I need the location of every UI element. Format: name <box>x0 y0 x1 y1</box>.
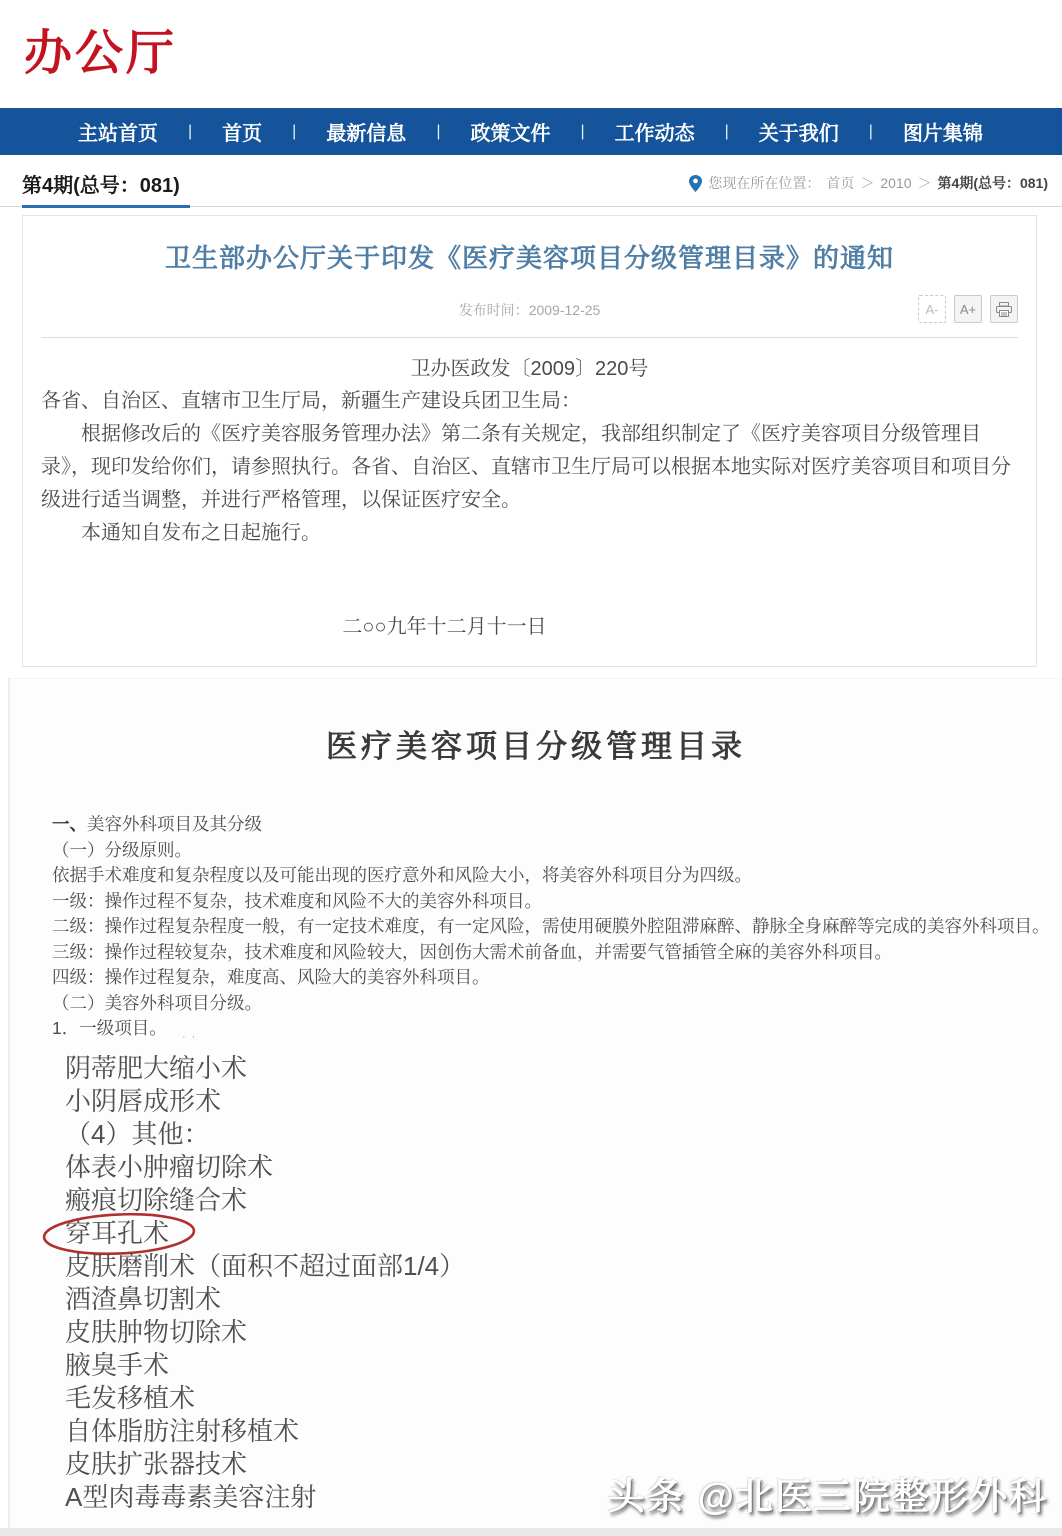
notice-date-line: 二○○九年十二月十一日 <box>23 610 866 639</box>
notice-body: 各省、自治区、直辖市卫生厅局，新疆生产建设兵团卫生局： 根据修改后的《医疗美容服… <box>23 381 1036 550</box>
issue-tab-underline <box>22 205 190 208</box>
nav-item-photo-gallery[interactable]: 图片集锦 <box>873 117 1013 146</box>
printer-icon <box>996 302 1012 317</box>
breadcrumb-current: 第4期(总号：081) <box>938 173 1048 193</box>
issue-row: 第4期(总号：081) 您现在所在位置： 首页 ＞ 2010 ＞ 第4期(总号：… <box>0 155 1062 207</box>
article-title: 卫生部办公厅关于印发《医疗美容项目分级管理目录》的通知 <box>23 238 1036 275</box>
notice-paragraph: 根据修改后的《医疗美容服务管理办法》第二条有关规定，我部组织制定了《医疗美容项目… <box>41 418 1018 517</box>
catalog-principle: 二级：操作过程复杂程度一般，有一定技术难度，有一定风险，需使用硬膜外腔阻滞麻醉、… <box>52 914 1062 940</box>
list-item: 体表小肿瘤切除术 <box>65 1151 1062 1184</box>
site-logo: 办公厅 <box>24 14 177 83</box>
nav-item-work-updates[interactable]: 工作动态 <box>585 117 725 146</box>
list-item: 小阴唇成形术 <box>65 1085 1062 1118</box>
list-item: 自体脂肪注射移植术 <box>65 1415 1062 1448</box>
catalog-section-title: 美容外科项目及其分级 <box>87 814 262 834</box>
catalog-principle: 三级：操作过程较复杂，技术难度和风险较大，因创伤大需术前备血，并需要气管插管全麻… <box>52 940 1062 966</box>
catalog-principle: 四级：操作过程复杂，难度高、风险大的美容外科项目。 <box>52 965 1062 991</box>
list-item: 酒渣鼻切割术 <box>65 1283 1062 1316</box>
circled-item-text: 穿耳孔术 <box>65 1218 169 1248</box>
catalog-principle: 依据手术难度和复杂程度以及可能出现的医疗意外和风险大小，将美容外科项目分为四级。 <box>52 863 1062 889</box>
nav-item-home[interactable]: 首页 <box>192 117 292 146</box>
catalog-principle: 一级：操作过程不复杂，技术难度和风险不大的美容外科项目。 <box>52 889 1062 915</box>
font-decrease-button[interactable]: A- <box>918 295 946 323</box>
list-item-circled: 穿耳孔术 <box>65 1217 1062 1250</box>
catalog-title: 医疗美容项目分级管理目录 <box>10 721 1062 766</box>
page: 办公厅 主站首页 | 首页 | 最新信息 | 政策文件 | 工作动态 | 关于我… <box>0 0 1062 1536</box>
list-item: 瘢痕切除缝合术 <box>65 1184 1062 1217</box>
nav-item-latest-news[interactable]: 最新信息 <box>296 117 436 146</box>
list-item: 腋臭手术 <box>65 1349 1062 1382</box>
breadcrumb-year-link[interactable]: 2010 <box>880 175 911 191</box>
publish-date-value: 2009-12-25 <box>529 302 601 318</box>
list-item: 皮肤肿物切除术 <box>65 1316 1062 1349</box>
masthead: 办公厅 <box>0 0 1062 108</box>
meta-divider <box>41 337 1018 338</box>
publish-date-label: 发布时间： <box>459 302 529 318</box>
breadcrumb: 您现在所在位置： 首页 ＞ 2010 ＞ 第4期(总号：081) <box>689 173 1048 193</box>
catalog-subheading: （二）美容外科项目分级。 <box>52 991 1062 1017</box>
location-pin-icon <box>689 175 702 192</box>
document-number: 卫办医政发〔2009〕220号 <box>23 352 1036 381</box>
article-box: 卫生部办公厅关于印发《医疗美容项目分级管理目录》的通知 发布时间：2009-12… <box>22 215 1037 667</box>
catalog-level1-label: 1．一级项目。 <box>52 1016 1062 1042</box>
breadcrumb-home-link[interactable]: 首页 <box>826 173 854 193</box>
font-increase-button[interactable]: A+ <box>954 295 982 323</box>
main-nav: 主站首页 | 首页 | 最新信息 | 政策文件 | 工作动态 | 关于我们 | … <box>0 108 1062 155</box>
catalog-rules: 一、美容外科项目及其分级 （一）分级原则。 依据手术难度和复杂程度以及可能出现的… <box>10 812 1062 1042</box>
procedure-list: 阴蒂肥大缩小术 小阴唇成形术 （4）其他： 体表小肿瘤切除术 瘢痕切除缝合术 穿… <box>10 1052 1062 1514</box>
list-item: （4）其他： <box>65 1118 1062 1151</box>
breadcrumb-separator: ＞ <box>860 173 874 193</box>
notice-salutation: 各省、自治区、直辖市卫生厅局，新疆生产建设兵团卫生局： <box>41 385 1018 418</box>
issue-tab[interactable]: 第4期(总号：081) <box>22 169 180 198</box>
catalog-section-number: 一、 <box>52 814 87 834</box>
print-button[interactable] <box>990 295 1018 323</box>
notice-paragraph: 本通知自发布之日起施行。 <box>41 517 1018 550</box>
publish-date: 发布时间：2009-12-25 <box>23 295 1036 325</box>
catalog-section-heading: 一、美容外科项目及其分级 <box>52 812 1062 838</box>
breadcrumb-prefix: 您现在所在位置： <box>708 173 820 193</box>
list-item: 皮肤磨削术（面积不超过面部1/4） <box>65 1250 1062 1283</box>
bottom-strip <box>0 1528 1062 1536</box>
watermark: 头条 @北医三院整形外科 <box>608 1466 1048 1520</box>
catalog-subheading: （一）分级原则。 <box>52 838 1062 864</box>
list-item: 毛发移植术 <box>65 1382 1062 1415</box>
catalog-scan: 医疗美容项目分级管理目录 一、美容外科项目及其分级 （一）分级原则。 依据手术难… <box>8 678 1062 1528</box>
nav-item-policy-documents[interactable]: 政策文件 <box>440 117 580 146</box>
nav-item-main-home[interactable]: 主站首页 <box>48 117 188 146</box>
clipped-text-artifact: ·· <box>182 1031 201 1043</box>
article-meta-row: 发布时间：2009-12-25 A- A+ <box>23 295 1036 325</box>
list-item: 阴蒂肥大缩小术 <box>65 1052 1062 1085</box>
nav-item-about-us[interactable]: 关于我们 <box>729 117 869 146</box>
breadcrumb-separator: ＞ <box>918 173 932 193</box>
